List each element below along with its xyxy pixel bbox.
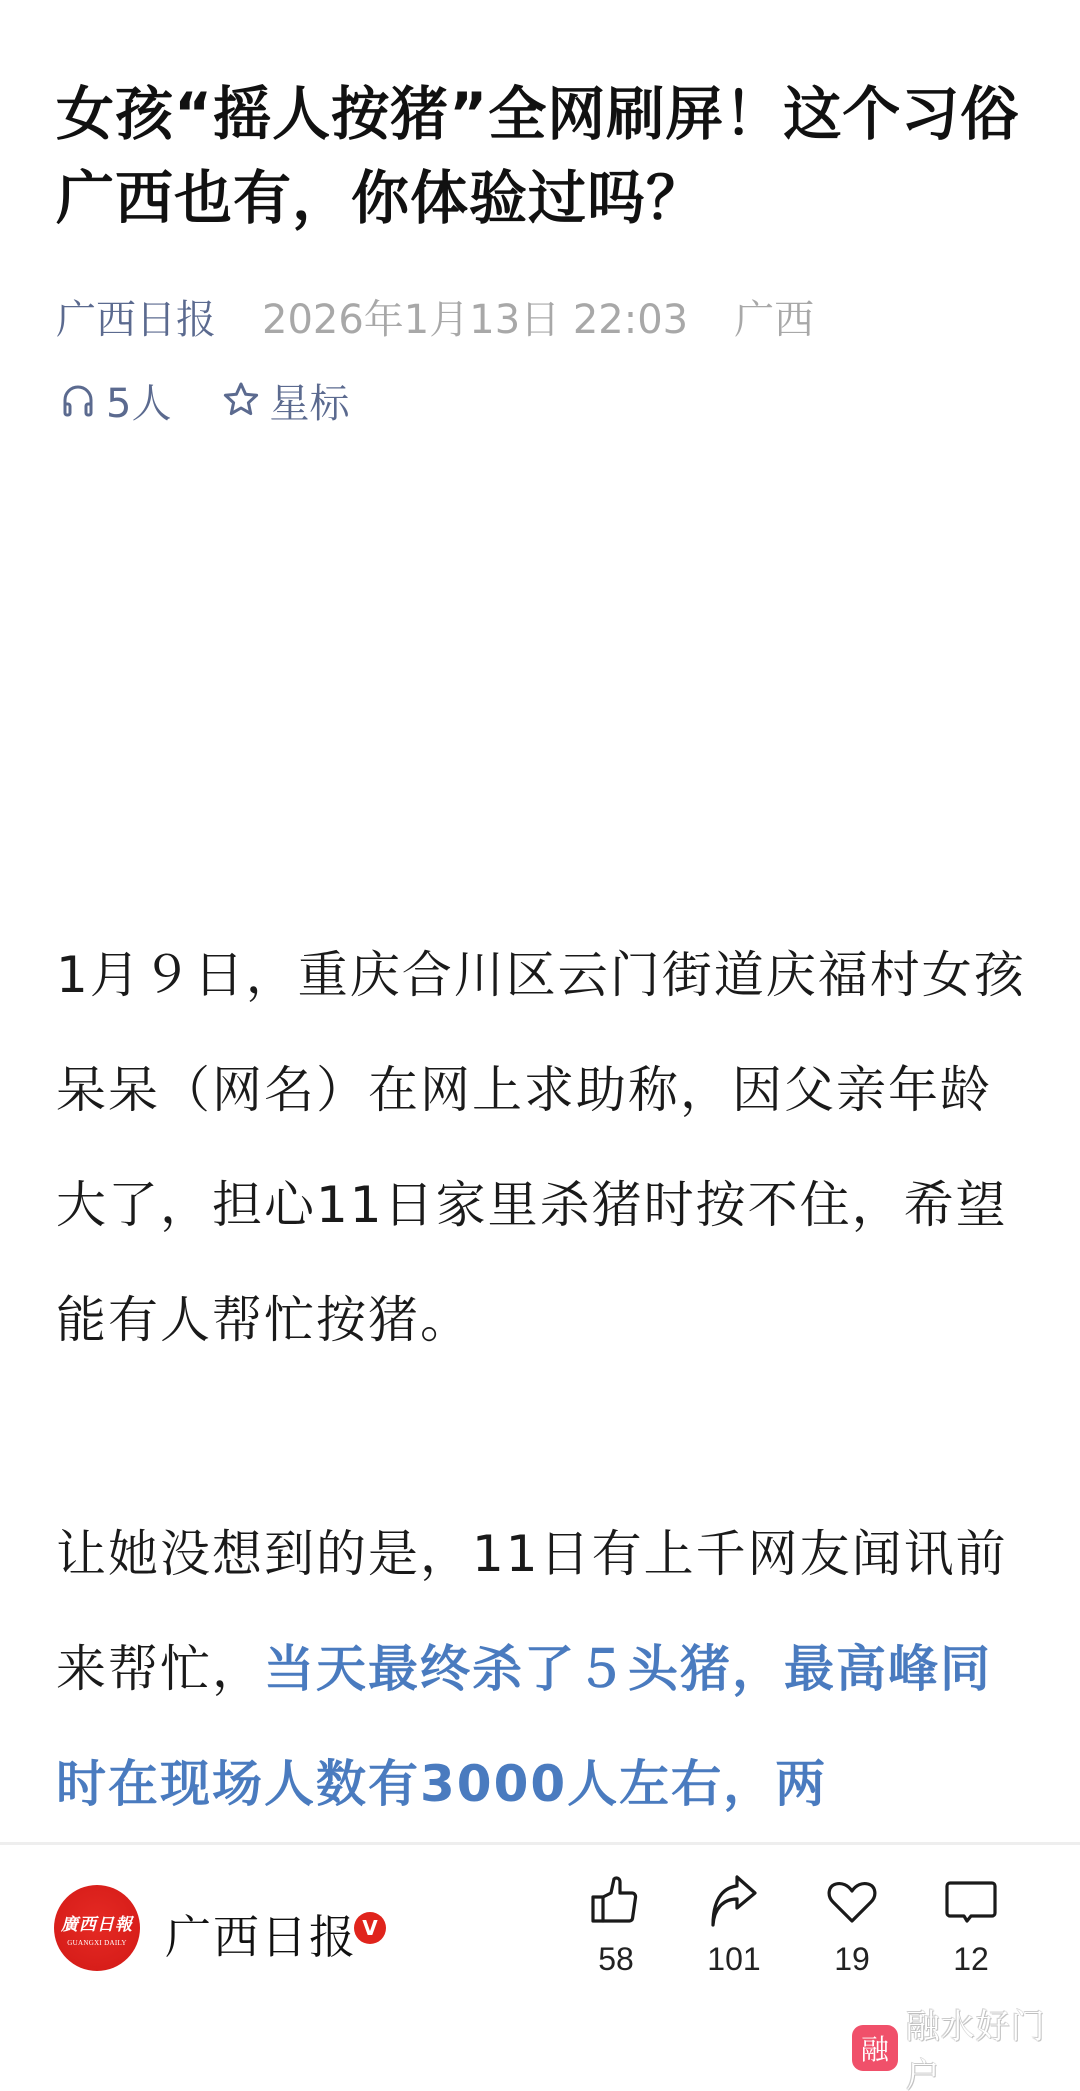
bottom-action-bar: 廣西日報 GUANGXI DAILY 广西日报 V 58 101 19 12 — [0, 1845, 1080, 2005]
watermark-logo-icon: 融 — [852, 2025, 898, 2071]
article-paragraph: 让她没想到的是，11日有上千网友闻讯前来帮忙，当天最终杀了５头猪，最高峰同时在现… — [56, 1497, 1026, 1842]
author-avatar[interactable]: 廣西日報 GUANGXI DAILY — [54, 1885, 140, 1971]
publish-date: 2026年1月13日 22:03 — [262, 288, 688, 345]
article-title: 女孩“摇人按猪”全网刷屏！这个习俗广西也有，你体验过吗？ — [56, 72, 1046, 240]
comment-count: 12 — [953, 1941, 989, 1978]
star-outline-icon — [221, 380, 261, 420]
avatar-logo-subtext: GUANGXI DAILY — [67, 1939, 126, 1947]
share-button[interactable]: 101 — [684, 1873, 784, 1978]
watermark: 融 融水好门户 — [852, 2024, 1080, 2072]
region-label: 广西 — [734, 288, 814, 345]
listeners-count: 5人 — [106, 372, 171, 429]
share-count: 101 — [707, 1941, 760, 1978]
media-placeholder — [0, 450, 1080, 880]
speech-bubble-icon — [942, 1873, 1000, 1931]
like-count: 58 — [598, 1941, 634, 1978]
headphones-icon — [58, 380, 98, 420]
article-paragraph: 1月９日，重庆合川区云门街道庆福村女孩呆呆（网名）在网上求助称，因父亲年龄大了，… — [56, 918, 1026, 1378]
favorite-button[interactable]: 19 — [802, 1873, 902, 1978]
heart-outline-icon — [823, 1873, 881, 1931]
listen-button[interactable]: 5人 — [58, 372, 171, 429]
favorite-count: 19 — [834, 1941, 870, 1978]
star-button[interactable]: 星标 — [221, 372, 349, 429]
article-meta: 广西日报 2026年1月13日 22:03 广西 — [56, 290, 814, 342]
share-arrow-icon — [705, 1873, 763, 1931]
source-link[interactable]: 广西日报 — [56, 288, 216, 345]
comment-button[interactable]: 12 — [921, 1873, 1021, 1978]
star-label: 星标 — [269, 372, 349, 429]
article-actions: 5人 星标 — [58, 374, 349, 426]
avatar-logo-text: 廣西日報 — [61, 1910, 133, 1935]
author-name[interactable]: 广西日报 — [165, 1901, 357, 1967]
verified-badge-icon: V — [354, 1912, 386, 1944]
watermark-text: 融水好门户 — [906, 1999, 1080, 2091]
thumbs-up-icon — [587, 1873, 645, 1931]
like-button[interactable]: 58 — [566, 1873, 666, 1978]
